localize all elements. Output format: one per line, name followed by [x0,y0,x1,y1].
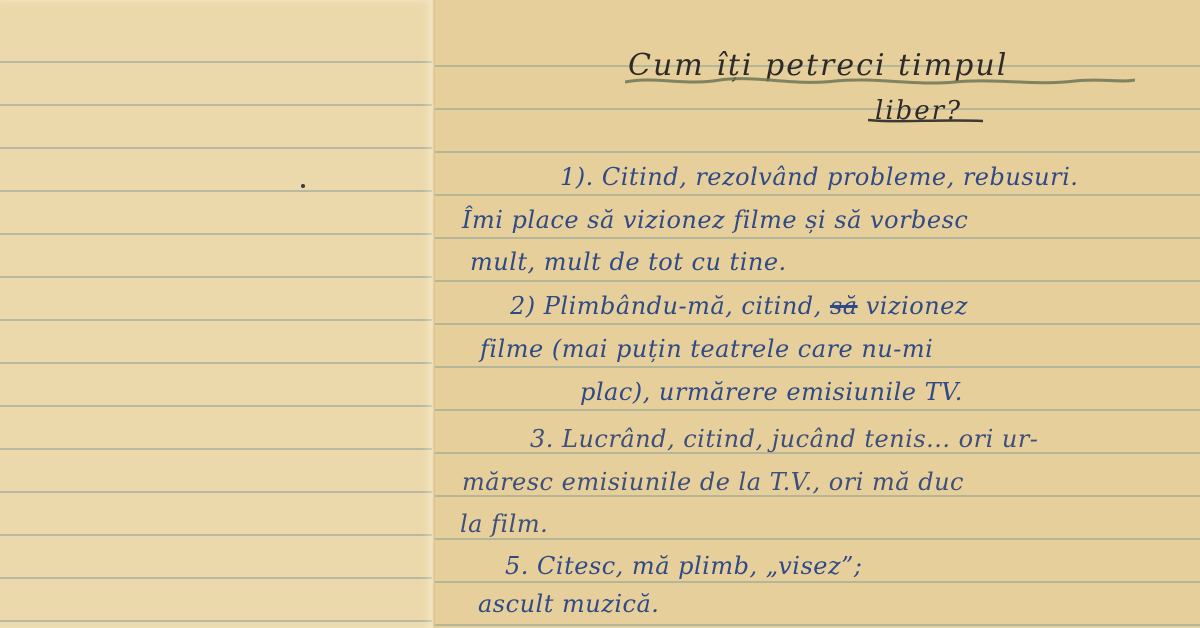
answer-1-line-1: 1). Citind, rezolvând probleme, rebusuri… [560,163,1078,191]
answer-1-line-2: Îmi place să vizionez filme și să vorbes… [462,206,968,234]
answer-5-line-1: 5. Citesc, mă plimb, „visez”; [505,552,862,580]
answer-2-line-2: filme (mai puțin teatrele care nu-mi [480,335,933,363]
title-underline [868,117,983,125]
ink-dot [301,184,305,188]
answer-3-line-2: măresc emisiunile de la T.V., ori mă duc [462,468,964,496]
notebook-spread: Cum îți petreci timpul liber? 1). Citind… [0,0,1200,628]
answer-2-line-1-end: vizionez [866,292,968,320]
answer-3-line-3: la film. [460,510,548,538]
answer-1-line-3: mult, mult de tot cu tine. [470,248,787,276]
answer-2-line-3: plac), urmărere emisiunile TV. [580,378,963,406]
answer-2-line-1: 2) Plimbându-mă, citind, să vizionez [510,292,968,320]
left-page [0,0,435,628]
answer-2-line-1-text: 2) Plimbându-mă, citind, [510,292,822,320]
answer-3-line-1: 3. Lucrând, citind, jucând tenis... ori … [530,425,1038,453]
title-wavy-underline [625,74,1135,88]
struck-out-word: să [830,292,858,320]
answer-5-line-2: ascult muzică. [478,590,659,618]
